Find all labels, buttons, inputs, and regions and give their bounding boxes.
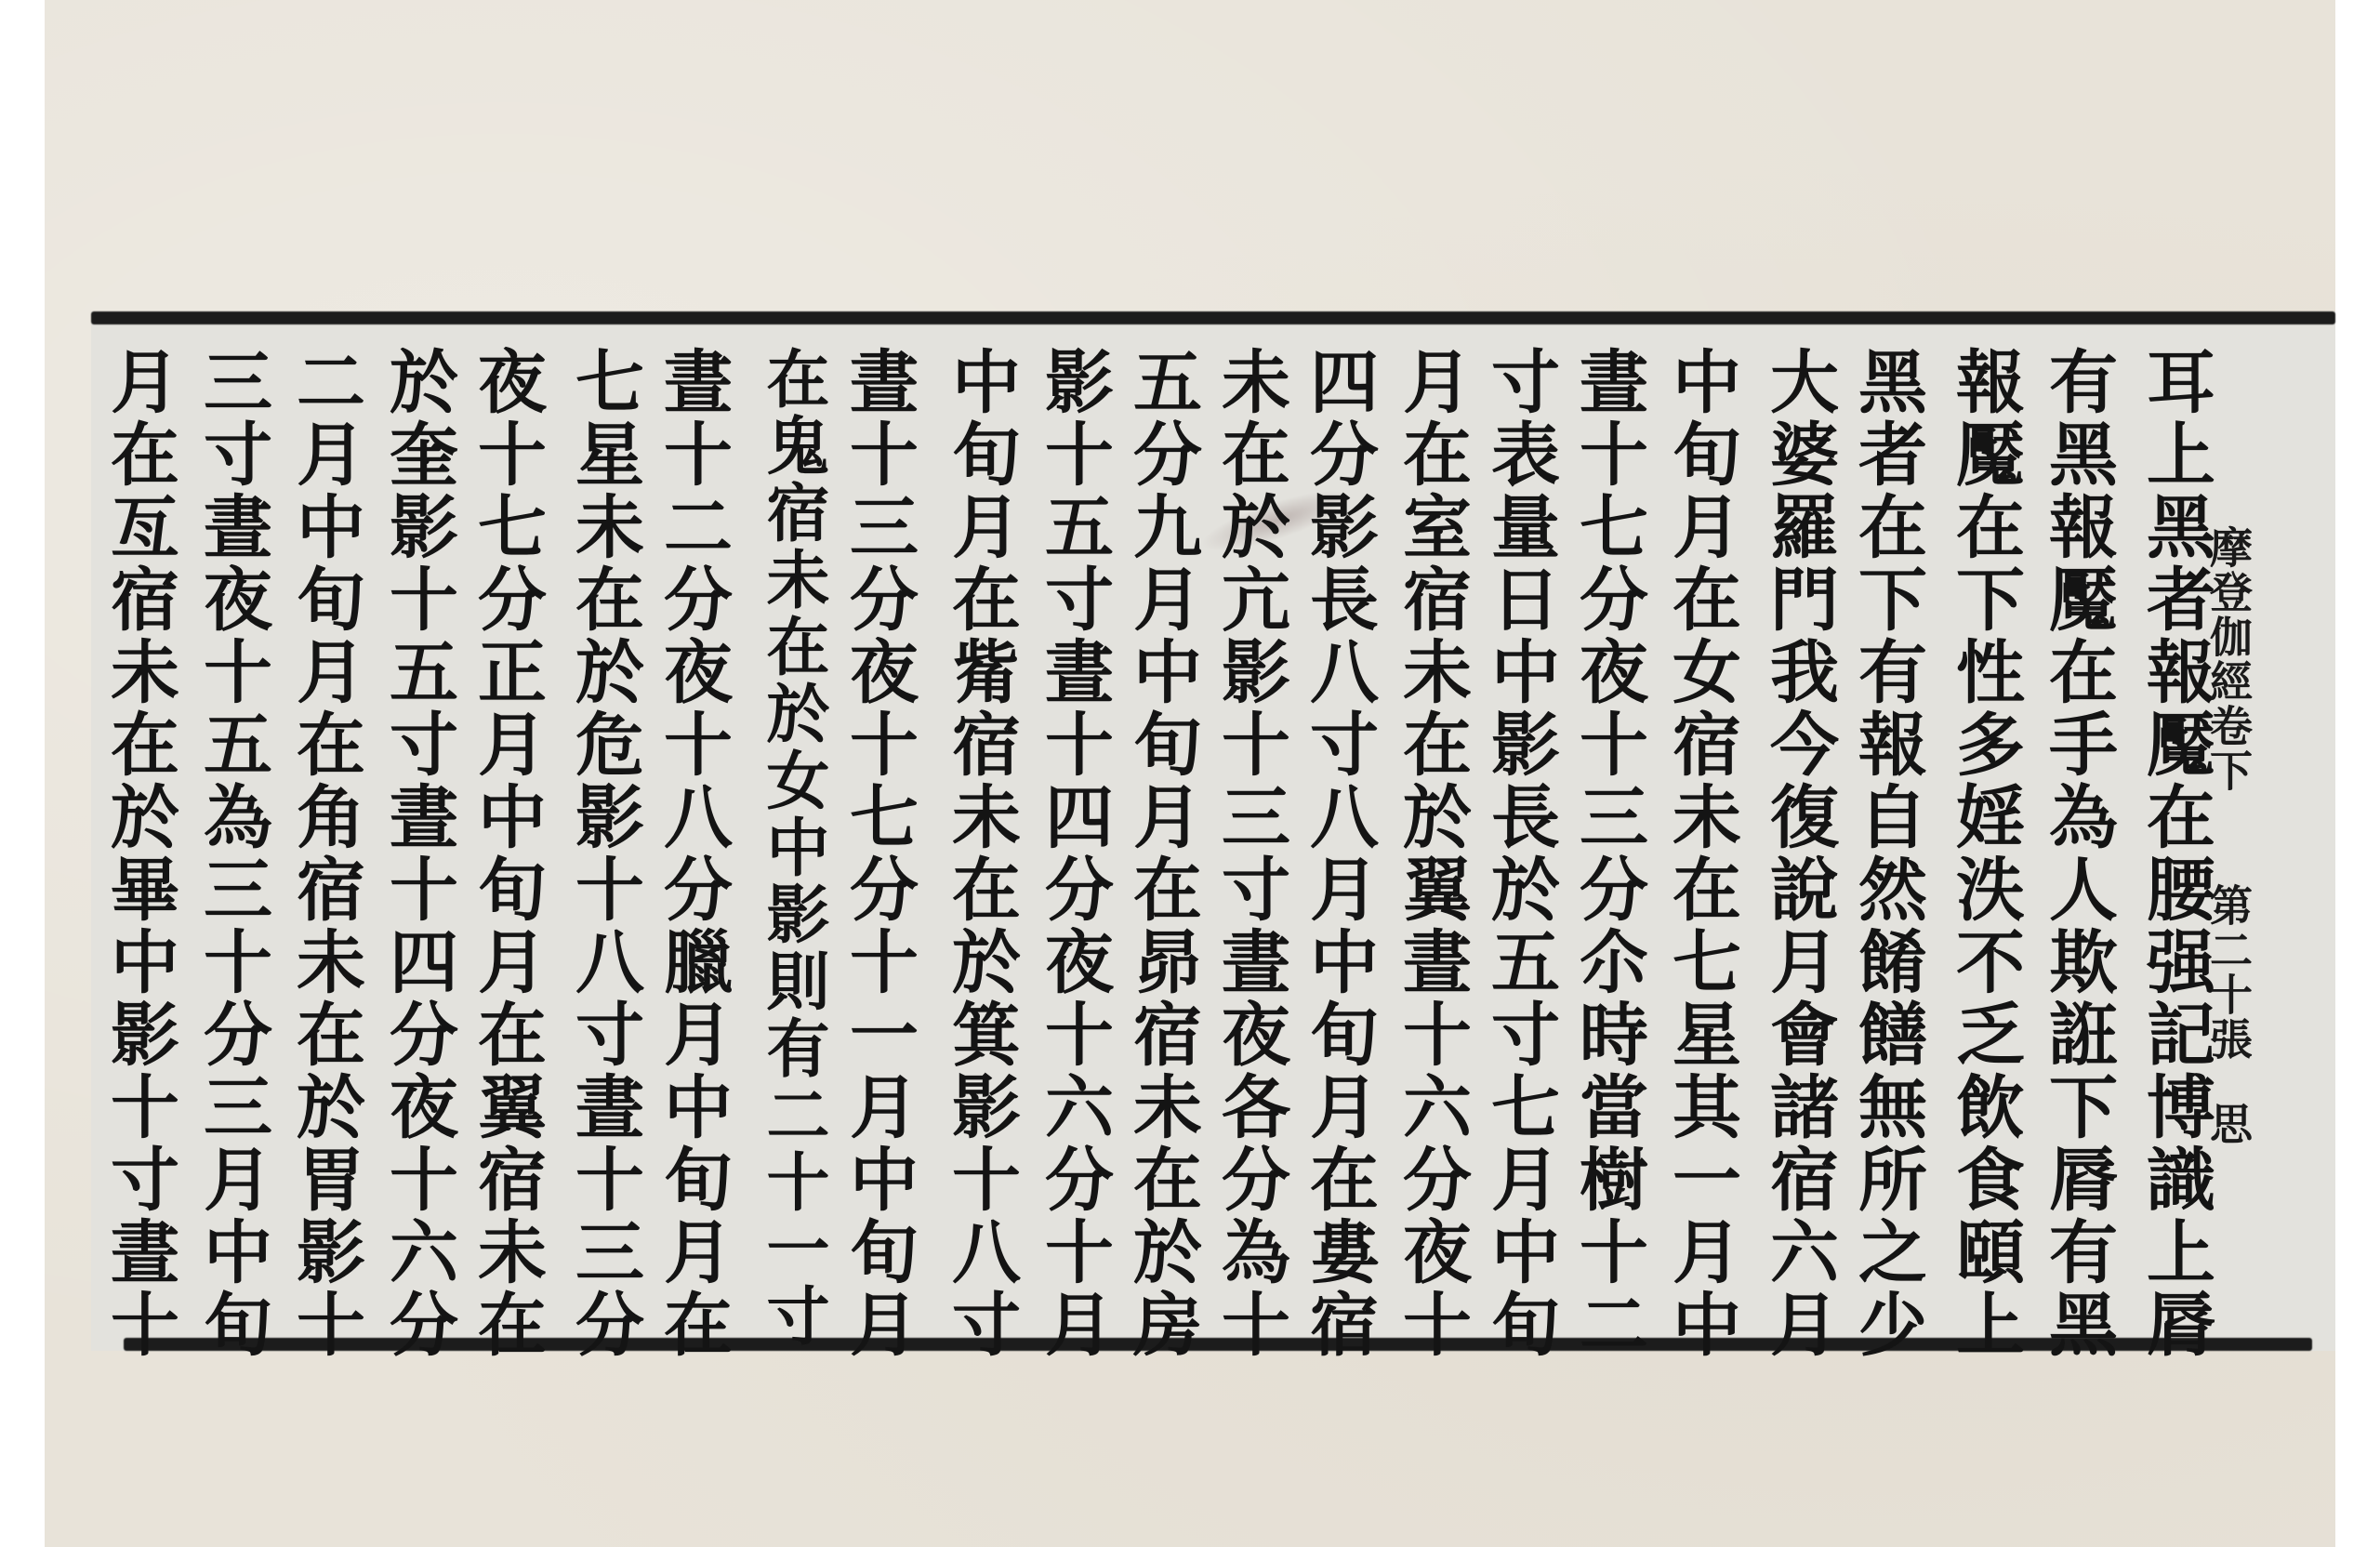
text-column-12: 五分九月中旬月在昴宿未在於房	[1117, 346, 1207, 1361]
text-column-13: 影十五寸晝十四分夜十六分十月	[1029, 346, 1118, 1361]
text-column-23: 月在亙宿未在於畢中影十寸晝十	[95, 346, 184, 1361]
text-column-8: 寸表量日中影長於五寸七月中旬	[1475, 346, 1565, 1361]
text-column-5: 大婆羅門我今復說月會諸宿六月	[1754, 346, 1844, 1361]
text-column-22: 三寸晝夜十五為三十分三月中旬	[188, 346, 277, 1361]
text-column-1: 耳上黑者報魘在腰强記博識上脣	[2131, 346, 2220, 1361]
text-column-19: 夜十七分正月中旬月在翼宿未在	[462, 346, 551, 1361]
text-column-18: 七星未在於危影十八寸晝十三分	[560, 346, 649, 1361]
text-column-4: 黑者在下有報自然餚饍無所之少	[1843, 346, 1932, 1361]
carver-mark-label: 思	[2205, 1102, 2252, 1146]
text-column-10: 四分影長八寸八月中旬月在婁宿	[1294, 346, 1383, 1361]
top-border-rule	[91, 311, 2335, 324]
text-column-16: 在鬼宿未在於女中影則有二十一寸	[746, 346, 835, 1350]
text-column-6: 中旬月在女宿未在七星其一月中	[1657, 346, 1746, 1361]
text-column-9: 月在室宿未在於翼晝十六分夜十	[1387, 346, 1476, 1361]
text-column-15: 晝十三分夜十七分十一月中旬月	[834, 346, 923, 1361]
page-number-label: 第二十張	[2205, 883, 2252, 1062]
text-column-11: 未在於亢影十三寸晝夜各分為十	[1206, 346, 1295, 1361]
text-column-2: 有黑報魘在手為人欺誑下脣有黑	[2033, 346, 2122, 1361]
text-column-3: 報魘在下性多婬泆不乏飲食頤上	[1940, 346, 2030, 1361]
text-column-7: 晝十七分夜十三分尒時當樹十二	[1564, 346, 1653, 1361]
margin-title-label: 摩登伽經卷下	[2205, 525, 2252, 793]
text-column-21: 二月中旬月在角宿未在於胃影十	[281, 346, 370, 1361]
text-column-17: 晝十二分夜十八分臘月中旬月在	[648, 346, 737, 1361]
text-column-20: 於奎影十五寸晝十四分夜十六分	[374, 346, 463, 1361]
text-column-14: 中旬月在觜宿未在於箕影十八寸	[936, 346, 1025, 1361]
